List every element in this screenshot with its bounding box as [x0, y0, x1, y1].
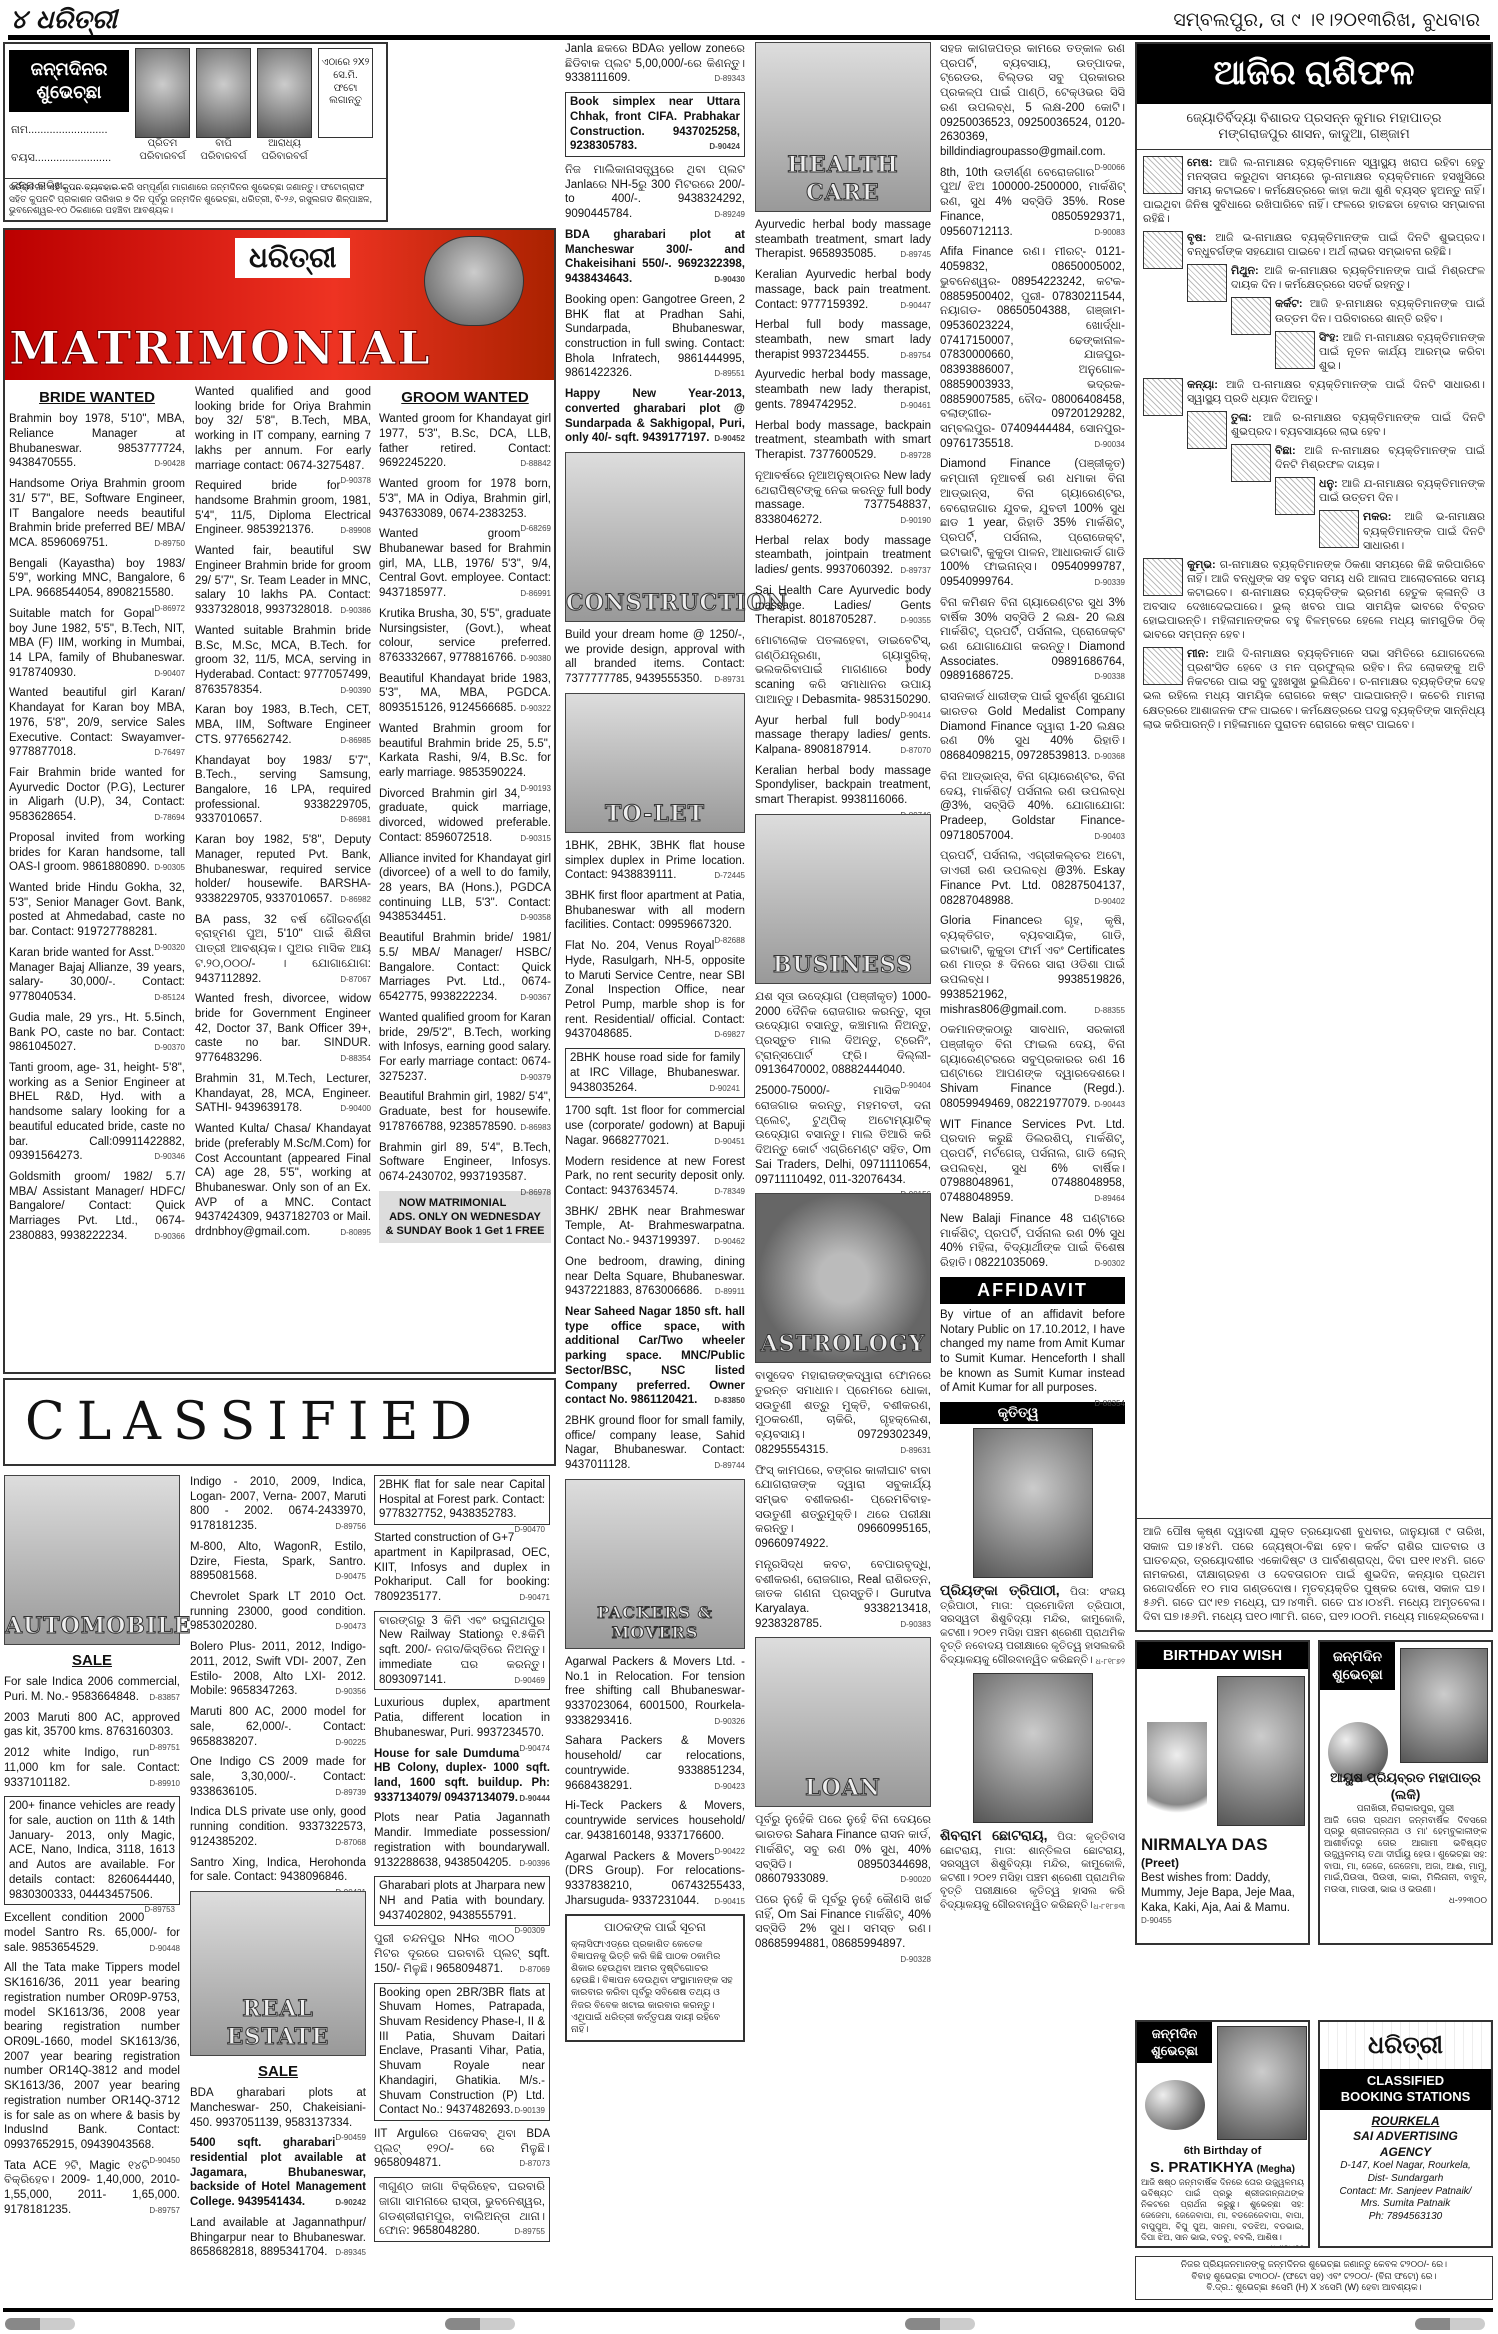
dharitri-logo: ଧରିତ୍ରୀ	[1320, 2022, 1491, 2069]
ad-item: Beautiful Khandayat bride 1983, 5'3", MA…	[379, 672, 551, 716]
ad-item: House for sale Dumduma HB Colony, duplex…	[374, 1747, 550, 1806]
ad-item: ବିନା କମିଶନ ବିନା ଗ୍ୟାରେଣ୍ଟର ସୁଧ 3% ବାର୍ଷି…	[940, 596, 1125, 684]
ad-item: For sale Indica 2006 commercial, Puri. M…	[4, 1675, 180, 1704]
ad-item: Herbal full body massage, steambath, new…	[755, 318, 931, 362]
rashifal-title: ଆଜିର ରାଶିଫଳ	[1137, 44, 1491, 104]
to-let-image: TO-LET	[565, 693, 745, 833]
classified-title: CLASSIFIED	[25, 1389, 484, 1456]
coupon-photo-3: ଆରାଧ୍ୟପରିବାରବର୍ଗ	[257, 48, 312, 164]
business-image: BUSINESS	[755, 814, 931, 984]
ad-item: Maruti 800 AC, 2000 model for sale, 62,0…	[190, 1705, 366, 1749]
archer-icon	[1275, 477, 1315, 515]
ad-item: Book simplex near Uttara Chhak, front CI…	[565, 92, 745, 157]
ram-icon	[1143, 156, 1183, 194]
maiden-icon	[1143, 378, 1183, 416]
ad-item: Suitable match for Gopal boy June 1982, …	[9, 607, 185, 681]
nirmalya-wishes: Best wishes from: Daddy, Mummy, Jeje Bap…	[1141, 1871, 1304, 1915]
ad-item: 2003 Maruti 800 AC, approved gas kit, 35…	[4, 1711, 180, 1740]
rashi-tula: ତୁଳା: ଆଜି ର-ନାମାକ୍ଷର ବ୍ୟକ୍ତିମାନଙ୍କ ପାଇଁ …	[1143, 411, 1485, 439]
ad-item: Wanted Kulta/ Chasa/ Khandayat bride (pr…	[195, 1122, 371, 1240]
ad-item: Alliance invited for Khandayat girl (div…	[379, 852, 551, 926]
ad-item: ବାରଙ୍ଗରୁ 3 କିମି ଏବଂ ରଘୁନାଥପୁର New Railwa…	[374, 1611, 550, 1691]
coupon-terms: ସର୍ତ୍ତାବଳୀ: ଏହି କୁପନ ବ୍ୟବହାର କରି ସମ୍ପୂର୍…	[5, 178, 386, 220]
reader-notice-title: ପାଠକଙ୍କ ପାଇଁ ସୂଚନା	[571, 1920, 739, 1935]
ad-item: IIT Argulରେ ପକେସବ୍ ଥିବା BDA ପ୍ଲଟ୍ ୧୨୦/- …	[374, 2127, 550, 2171]
ad-item: Agarwal Packers & Movers (DRS Group). Fo…	[565, 1850, 745, 1909]
birthday-wish-heading: BIRTHDAY WISH	[1137, 1642, 1308, 1669]
auto-column-2: Indigo - 2010, 2009, Indica, Logan- 2007…	[190, 1475, 366, 2266]
rashi-dhanu: ଧନୁ: ଆଜି ଯ-ନାମାକ୍ଷର ବ୍ୟକ୍ତିମାନଙ୍କ ପାଇଁ ଉ…	[1143, 477, 1485, 505]
masthead: ୪ ଧରିତ୍ରୀ ସମ୍ବଲପୁର, ତା ୯ ।୧।୨୦୧୩ରିଖ, ବୁଧ…	[8, 0, 1490, 40]
coupon-photo-1: ପ୍ରିତମପରିବାରବର୍ଗ	[135, 48, 190, 164]
ad-item: Herbal body massage, backpain treatment,…	[755, 419, 931, 463]
ad-item: WIT Finance Services Pvt. Ltd. ପ୍ରଦାନ କର…	[940, 1118, 1125, 1206]
page-tab-left	[5, 2318, 75, 2330]
property-column: Janla ଛକରେ BDAର yellow zoneରେ ଛିଡିବାକ ପ୍…	[565, 42, 745, 2042]
ad-item: Beautiful Brahmin bride/ 1981/ 5.5/ MBA/…	[379, 931, 551, 1005]
ad-item: Gloria Financeର ଗୃହ, କୃଷି, ବ୍ୟକ୍ତିଗତ, ବ୍…	[940, 914, 1125, 1017]
ad-item: Build your dream home @ 1250/-, we provi…	[565, 628, 745, 687]
ad-item: ରାସନକାର୍ଡ ଧାରୀଙ୍କ ପାଇଁ ସୁବର୍ଣ୍ଣ ସୁଯୋଗ ଭା…	[940, 690, 1125, 764]
coupon-age-field[interactable]: ବୟସ.........................	[11, 144, 124, 172]
ad-item: Wanted qualified groom for Karan bride, …	[379, 1011, 551, 1085]
student-achievement-1: ପ୍ରିୟଙ୍କା ତ୍ରିପାଠୀ, ପିତା: ସଂଜୟ ତ୍ରିପାଠୀ,…	[940, 1582, 1125, 1667]
loan-image: LOAN	[755, 1637, 931, 1807]
ad-item: Handsome Oriya Brahmin groom 31/ 5'7", B…	[9, 477, 185, 551]
ad-item: ଯଶ ସୂତା ଉଦ୍ୟୋଗ (ପଞ୍ଜୀକୃତ) 1000-2000 ଦୈନି…	[755, 990, 931, 1078]
rashifal-author: ଜ୍ୟୋତିର୍ବିଦ୍ୟା ବିଶାରଦ ପ୍ରସନ୍ନ କୁମାର ମହାପ…	[1137, 104, 1491, 150]
bull-icon	[1143, 231, 1183, 269]
automobile-image: AUTOMOBILE	[4, 1475, 180, 1645]
ayush-photo	[1400, 1648, 1488, 1763]
ad-item: Tata ACE ୨ଟି, Magic ୧୪ଟି ବିକ୍ରିହେବ। 2009…	[4, 2159, 180, 2218]
ad-item: New Balaji Finance 48 ଘଣ୍ଟାରେ ମାର୍କଶିଟ୍,…	[940, 1212, 1125, 1271]
ad-item: Ayurvedic herbal body massage, steambath…	[755, 368, 931, 412]
ad-item: Required bride for handsome Brahmin groo…	[195, 479, 371, 538]
affidavit-heading: AFFIDAVIT	[940, 1277, 1125, 1304]
ad-item: Luxurious duplex, apartment Patia, diffe…	[374, 1696, 550, 1740]
ad-item: Happy New Year-2013, converted gharabari…	[565, 387, 745, 446]
ad-item: Khandayat boy 1983/ 5'7", B.Tech., servi…	[195, 754, 371, 828]
booking-title: CLASSIFIED BOOKING STATIONS	[1320, 2069, 1491, 2110]
ad-item: Tanti groom, age- 31, height- 5'8", work…	[9, 1061, 185, 1164]
construction-image: CONSTRUCTION	[565, 452, 745, 622]
birthday-wish-pratikhya: ଜନ୍ମଦିନ ଶୁଭେଚ୍ଛା 6th Birthday of S. PRAT…	[1135, 2020, 1310, 2248]
ad-item: Indica DLS private use only, good runnin…	[190, 1805, 366, 1849]
ad-item: Divorced Brahmin girl 34, graduate, quic…	[379, 787, 551, 846]
pratikhya-name: S. PRATIKHYA	[1150, 2159, 1253, 2176]
ad-item: ଠକମାନଙ୍କଠାରୁ ସାବଧାନ, ସରକାରୀ ପଞ୍ଜୀକୃତ ବିନ…	[940, 1023, 1125, 1111]
ad-item: ପୂର୍ବରୁ ନୁହେଁକି ପରେ ନୁହେଁ ବିନା ଦେୟରେ ଭାର…	[755, 1813, 931, 1887]
ad-item: Land available at Jagannathpur/ Bhingarp…	[190, 2216, 366, 2260]
ad-item: Beautiful Brahmin girl, 1982/ 5'4", Grad…	[379, 1090, 551, 1134]
ad-item: Wanted suitable Brahmin bride B.Sc, M.Sc…	[195, 624, 371, 698]
rashi-kumbha: କୁମ୍ଭ: ଗ-ନାମାକ୍ଷର ବ୍ୟକ୍ତିମାନଙ୍କ ଠିକଣା ସମ…	[1143, 558, 1485, 642]
ad-item: 1700 sqft. 1st floor for commercial use …	[565, 1104, 745, 1148]
balloons-icon	[1145, 2080, 1205, 2130]
ad-item: ପୁରୀ ଚନ୍ଦନପୁର NHର ୩୦୦ ମିଟର ଦୂରରେ ଘରବାରି …	[374, 1932, 550, 1976]
classified-banner: CLASSIFIED	[3, 1378, 556, 1466]
ad-item: Brahmin girl 89, 5'4", B.Tech, Software …	[379, 1141, 551, 1185]
coupon-name-field[interactable]: ନାମ..........................	[11, 116, 124, 144]
panjika-text: ଆଜି ପୌଷ କୃଷ୍ଣ ଦ୍ୱାଦଶୀ ଯୁକ୍ତ ତ୍ରୟୋଦଶୀ ବୁଧ…	[1137, 1518, 1491, 1630]
crab-icon	[1231, 297, 1271, 335]
ad-item: Modern residence at new Forest Park, no …	[565, 1155, 745, 1199]
ad-item: Bolero Plus- 2011, 2012, Indigo- 2011, 2…	[190, 1640, 366, 1699]
fish-icon	[1143, 647, 1183, 685]
rashifal-section: ଆଜିର ରାଶିଫଳ ଜ୍ୟୋତିର୍ବିଦ୍ୟା ବିଶାରଦ ପ୍ରସନ୍…	[1135, 42, 1493, 1632]
flower-icon	[1147, 1722, 1207, 1832]
ad-item: Karan boy 1982, 5'8", Deputy Manager, re…	[195, 833, 371, 907]
ad-item: Goldsmith groom/ 1982/ 5.7/ MBA/ Assista…	[9, 1170, 185, 1244]
ad-item: 8th, 10th ଉତୀର୍ଣ୍ଣ ବେରୋଜଗାର ପୁଅ/ ଝିଅ 100…	[940, 166, 1125, 240]
ad-item: Janla ଛକରେ BDAର yellow zoneରେ ଛିଡିବାକ ପ୍…	[565, 42, 745, 86]
bride-wanted-column-2: Wanted qualified and good looking bride …	[195, 385, 371, 1246]
coupon-photo-slot: ଏଠାରେ ୨X୨ ସେ.ମି. ଫଟୋ ଲଗାନ୍ତୁ	[318, 48, 373, 138]
health-business-column: HEALTH CARE Ayurvedic herbal body massag…	[755, 42, 931, 1965]
ad-item: Brahmin boy 1978, 5'10", MBA, Reliance M…	[9, 412, 185, 471]
student-photo-2	[973, 1673, 1093, 1823]
ad-item: Plots near Patia Jagannath Mandir. Immed…	[374, 1811, 550, 1870]
student-photo-1	[973, 1428, 1093, 1578]
auto-column-1: AUTOMOBILE SALE For sale Indica 2006 com…	[4, 1475, 180, 2224]
nirmalya-name: NIRMALYA DAS	[1141, 1835, 1268, 1854]
ad-item: Near Saheed Nagar 1850 sft. hall type of…	[565, 1305, 745, 1408]
matrimonial-section: ଧରିତ୍ରୀ MATRIMONIAL BRIDE WANTED Brahmin…	[3, 228, 556, 1374]
ad-item: Ayurvedic herbal body massage steambath …	[755, 218, 931, 262]
ad-item: Proposal invited from working brides for…	[9, 831, 185, 875]
ad-item: Wanted fair, beautiful SW Engineer Brahm…	[195, 544, 371, 618]
birthday-wish-nirmalya: BIRTHDAY WISH NIRMALYA DAS (Preet) Best …	[1135, 1640, 1310, 1945]
footer-rule	[3, 2308, 1493, 2312]
ad-item: 3BHK first floor apartment at Patia, Bhu…	[565, 889, 745, 933]
ad-item: Agarwal Packers & Movers Ltd. - No.1 in …	[565, 1655, 745, 1729]
ad-item: Gharabari plots at Jharpara new NH and P…	[374, 1876, 550, 1926]
ad-item: BDA gharabari plot at Mancheswar 300/- a…	[565, 228, 745, 287]
ad-item: ପରେ ନୁହେଁ କି ପୂର୍ବରୁ ନୁହେଁ କୌଣସି ଖର୍ଚ୍ଚ …	[755, 1893, 931, 1952]
coupon-photo-2: ବାପିପରିବାରବର୍ଗ	[196, 48, 251, 164]
twins-icon	[1187, 264, 1227, 302]
ad-item: ମନ୍ତ୍ରସିଦ୍ଧ କବଚ, ବେପାରବୃଦ୍ଧି, ବଶୀକରଣ, ରୋ…	[755, 1558, 931, 1632]
pratikhya-heading: ଜନ୍ମଦିନ ଶୁଭେଚ୍ଛା	[1137, 2022, 1212, 2063]
ad-item: ନୂଆବର୍ଷରେ ନୂଆଅନୁଷ୍ଠାନର New lady ଥେରାପିଷ୍…	[755, 469, 931, 528]
water-bearer-icon	[1143, 558, 1183, 596]
matrimonial-notice: NOW MATRIMONIAL ADS. ONLY ON WEDNESDAY &…	[379, 1191, 551, 1243]
ad-item: 2BHK ground floor for small family, offi…	[565, 1414, 745, 1473]
ad-item: Karan boy 1983, B.Tech, CET, MBA, IIM, S…	[195, 703, 371, 747]
ad-item: Krutika Brusha, 30, 5'5", graduate Nursi…	[379, 607, 551, 666]
page-number-and-logo: ୪ ଧରିତ୍ରୀ	[10, 4, 117, 37]
ad-item: Started construction of G+7 apartment in…	[374, 1531, 550, 1605]
ad-item: ସହଜ କାଗଜପତ୍ର କାମରେ ତତ୍କାଳ ରଣ ପ୍ରପର୍ଟି, ବ…	[940, 42, 1125, 160]
ad-item: Chevrolet Spark LT 2010 Oct. running 230…	[190, 1590, 366, 1634]
rashi-brusha: ବୃଷ: ଆଜି ଭ-ନାମାକ୍ଷର ବ୍ୟକ୍ତିମାନଙ୍କ ପାଇଁ ଦ…	[1143, 231, 1485, 259]
ad-item: Santro Xing, Indica, Herohonda for sale.…	[190, 1856, 366, 1885]
ad-item: BA pass, 32 ବର୍ଷ ଗୌରବର୍ଣ୍ଣ ବ୍ରାହ୍ମଣ ପୁଅ,…	[195, 913, 371, 987]
ad-item: Brahmin 31, M.Tech, Lecturer, Khandayat,…	[195, 1072, 371, 1116]
ad-item: Diamond Finance (ପଞ୍ଜୀକୃତ) କମ୍ପାନୀ ନୂଆବର…	[940, 457, 1125, 589]
groom-wanted-column: GROOM WANTED Wanted groom for Khandayat …	[379, 385, 551, 1243]
health-care-image: HEALTH CARE	[755, 42, 931, 212]
ad-item: Keralian herbal body massage Spondyliser…	[755, 764, 931, 808]
ad-item: Karan bride wanted for Asst. Manager Baj…	[9, 946, 185, 1005]
ad-item: ବିନା ଆଡ୍‌ଭାନ୍ସ, ବିନା ଗ୍ୟାରେଣ୍ଟର, ବିନା ଦେ…	[940, 770, 1125, 844]
ad-item: ୩ଗୁଣ୍ଠ ଜାଗା ବିକ୍ରିହେବ, ଘରବାରି ଜାଗା ସାମନା…	[374, 2177, 550, 2242]
sale-heading: SALE	[4, 1651, 180, 1670]
rashi-mesha: ମେଷ: ଆଜି ଲ-ନାମାକ୍ଷର ବ୍ୟକ୍ତିମାନେ ସ୍ୱାସ୍ଥ୍…	[1143, 156, 1485, 226]
matrimonial-banner: ଧରିତ୍ରୀ MATRIMONIAL	[5, 230, 554, 380]
ad-item: Fair Brahmin bride wanted for Ayurvedic …	[9, 766, 185, 825]
ad-item: 25000-75000/- ମାସିକ ରୋଜଗାର କରନ୍ତୁ, ମହମବତ…	[755, 1084, 931, 1187]
bride-photo	[424, 236, 524, 326]
ad-item: Wanted groom for 1978 born, 5'3", MA in …	[379, 477, 551, 521]
ad-item: BDA gharabari plots at Mancheswar- 250, …	[190, 2086, 366, 2130]
janmadina-heading: ଜନ୍ମଦିନ ଶୁଭେଚ୍ଛା	[1320, 1642, 1395, 1690]
ad-item: Wanted groom Bhubanewar based for Brahmi…	[379, 527, 551, 601]
goat-icon	[1319, 510, 1359, 548]
ad-item: All the Tata make Tippers model SK1616/3…	[4, 1961, 180, 2152]
matrimonial-title: MATRIMONIAL	[9, 319, 432, 378]
ad-item: Gudia male, 29 yrs., Ht. 5.5inch, Bank P…	[9, 1011, 185, 1055]
bride-wanted-column-1: BRIDE WANTED Brahmin boy 1978, 5'10", MB…	[9, 385, 185, 1250]
page-tab-center-left	[445, 2318, 515, 2330]
lion-icon	[1275, 331, 1315, 369]
rashi-simha: ସିଂହ: ଆଜି ମ-ନାମାକ୍ଷର ବ୍ୟକ୍ତିମାନଙ୍କ ପାଇଁ …	[1143, 331, 1485, 373]
real-estate-column: 2BHK flat for sale near Capital Hospital…	[374, 1475, 550, 2248]
ad-item: Wanted beautiful girl Karan/ Khandayat f…	[9, 686, 185, 760]
ad-item: One bedroom, drawing, dining near Delta …	[565, 1255, 745, 1299]
rashi-kanya: କନ୍ୟା: ଆଜି ପ-ନାମାକ୍ଷର ବ୍ୟକ୍ତିମାନଙ୍କ ପାଇଁ…	[1143, 378, 1485, 406]
ad-item: 2BHK house road side for family at IRC V…	[565, 1048, 745, 1098]
student-achievement-2: ଶିବରାମ ଛୋଟରାୟ, ପିତା: କୃତ୍ତିବାସ ଛୋଟରାୟ, ମ…	[940, 1827, 1125, 1912]
ad-item: Hi-Teck Packers & Movers, countrywide se…	[565, 1799, 745, 1843]
ad-item: Bengali (Kayastha) boy 1983/ 5'9", worki…	[9, 557, 185, 601]
ad-item: M-800, Alto, WagonR, Estilo, Dzire, Fies…	[190, 1540, 366, 1584]
ad-item: 5400 sqft. gharabari residential plot av…	[190, 2136, 366, 2210]
nirmalya-photo	[1217, 1676, 1305, 1826]
ad-item: Wanted bride Hindu Gokha, 32, 5'3", Seni…	[9, 881, 185, 940]
ad-item: Flat No. 204, Venus Royal Hyde, Rasulgar…	[565, 939, 745, 1042]
ad-item: Booking open: Gangotree Green, 2 BHK fla…	[565, 293, 745, 381]
ad-item: ମୋଟାଲୋକ ପତଳାହେବା, ଡାଇବେଟିସ୍, ଗଣ୍ଠିଯନ୍ତ୍ର…	[755, 634, 931, 708]
ayush-name: ଆୟୁଷ ପ୍ରିୟବ୍ରତ ମହାପାତ୍ର (ଲକି)	[1324, 1770, 1487, 1803]
ad-item: Sai Health Care Ayurvedic body massage. …	[755, 584, 931, 628]
ad-item: Herbal relax body massage steambath, joi…	[755, 534, 931, 578]
packers-movers-image: PACKERS & MOVERS	[565, 1479, 745, 1649]
scorpion-icon	[1231, 444, 1271, 482]
astrology-image: ASTROLOGY	[755, 1193, 931, 1363]
ad-item: 1BHK, 2BHK, 3BHK flat house simplex dupl…	[565, 839, 745, 883]
ad-item: ନିଜ ମାଲିକାନାସତ୍ତ୍ୱରେ ଥିବା ପ୍ଲଟ Janlaରେ N…	[565, 163, 745, 222]
ad-item: Keralian Ayurvedic herbal body massage, …	[755, 268, 931, 312]
dateline: ସମ୍ବଲପୁର, ତା ୯ ।୧।୨୦୧୩ରିଖ, ବୁଧବାର	[1173, 8, 1480, 32]
booking-stations: ଧରିତ୍ରୀ CLASSIFIED BOOKING STATIONS ROUR…	[1318, 2020, 1493, 2248]
ad-item: Afifa Finance ରଣ। ମୀରଟ୍- 0121-4059832, 0…	[940, 245, 1125, 451]
ad-item: Wanted fresh, divorcee, widow bride for …	[195, 992, 371, 1066]
reader-notice: ପାଠକଙ୍କ ପାଇଁ ସୂଚନା କ୍ଲାସିଫାଏଡ୍‌ରେ ପ୍ରକାଶ…	[565, 1914, 745, 2042]
finance-column: ସହଜ କାଗଜପତ୍ର କାମରେ ତତ୍କାଳ ରଣ ପ୍ରପର୍ଟି, ବ…	[940, 42, 1125, 1918]
ad-item: ଫିସ୍ କାମପରେ, ବଙ୍ଗର କାଳୀଘାଟ ବାବା ଯୋଗରାଜଙ୍…	[755, 1464, 931, 1552]
dharitri-logo: ଧରିତ୍ରୀ	[235, 238, 350, 278]
coupon-title: ଜନ୍ମଦିନର ଶୁଭେଚ୍ଛା	[9, 50, 129, 112]
ad-item: One Indigo CS 2009 made for sale, 3,30,0…	[190, 1755, 366, 1799]
real-estate-sale-heading: SALE	[190, 2062, 366, 2081]
ad-item: Wanted groom for Khandayat girl 1977, 5'…	[379, 412, 551, 471]
ad-item: Wanted qualified and good looking bride …	[195, 385, 371, 473]
ad-item: 200+ finance vehicles are ready for sale…	[4, 1796, 180, 1905]
rashi-mina: ମୀନ: ଆଜି ଦି-ନାମାକ୍ଷର ବ୍ୟକ୍ତିମାନେ ସଭା ସମି…	[1143, 647, 1485, 731]
ad-item: Booking open 2BR/3BR flats at Shuvam Hom…	[374, 1983, 550, 2121]
groom-wanted-heading: GROOM WANTED	[379, 388, 551, 407]
real-estate-image: REAL ESTATE	[190, 1891, 366, 2056]
affidavit-text: By virtue of an affidavit before Notary …	[940, 1308, 1125, 1396]
ad-item: Sahara Packers & Movers household/ car r…	[565, 1734, 745, 1793]
ad-item: 3BHK/ 2BHK near Brahmeswar Temple, At- B…	[565, 1205, 745, 1249]
rates-notice: ନିଜର ପ୍ରିୟଜନମାନଙ୍କୁ ଜନ୍ମଦିନର ଶୁଭେଚ୍ଛା ଜଣ…	[1135, 2256, 1493, 2300]
ad-item: ବାସୁଦେବ ମହାରାଜଙ୍କଦ୍ୱାରା ଫୋନରେ ତୁରନ୍ତ ସମା…	[755, 1369, 931, 1457]
pratikhya-photo	[1217, 2026, 1307, 2140]
ad-item: 2BHK flat for sale near Capital Hospital…	[374, 1475, 550, 1525]
ad-item: Wanted Brahmin groom for beautiful Brahm…	[379, 722, 551, 781]
rashi-makara: ମକର: ଆଜି ଭ-ନାମାକ୍ଷର ବ୍ୟକ୍ତିମାନଙ୍କ ପାଇଁ ଦ…	[1143, 510, 1485, 552]
birthday-wish-ayush: ଜନ୍ମଦିନ ଶୁଭେଚ୍ଛା ଆୟୁଷ ପ୍ରିୟବ୍ରତ ମହାପାତ୍ର…	[1318, 1640, 1493, 1945]
page-tab-center-right	[905, 2318, 975, 2330]
ad-item: Indigo - 2010, 2009, Indica, Logan- 2007…	[190, 1475, 366, 1534]
birthday-coupon: ଜନ୍ମଦିନର ଶୁଭେଚ୍ଛା ନାମ...................…	[3, 42, 388, 222]
bride-wanted-heading: BRIDE WANTED	[9, 388, 185, 407]
scales-icon	[1187, 411, 1227, 449]
rashi-mithuna: ମିଥୁନ: ଆଜି କ-ନାମାକ୍ଷର ବ୍ୟକ୍ତିମାନଙ୍କ ପାଇଁ…	[1143, 264, 1485, 292]
page-tab-right	[1415, 2318, 1485, 2330]
ad-item: Excellent condition 2000 model Santro Rs…	[4, 1911, 180, 1955]
ad-item: ପ୍ରପର୍ଟି, ପର୍ସନାଲ, ଏଗ୍ରୀକଲ୍ଚର ଅଟୋ, ଡାଏରୀ…	[940, 849, 1125, 908]
